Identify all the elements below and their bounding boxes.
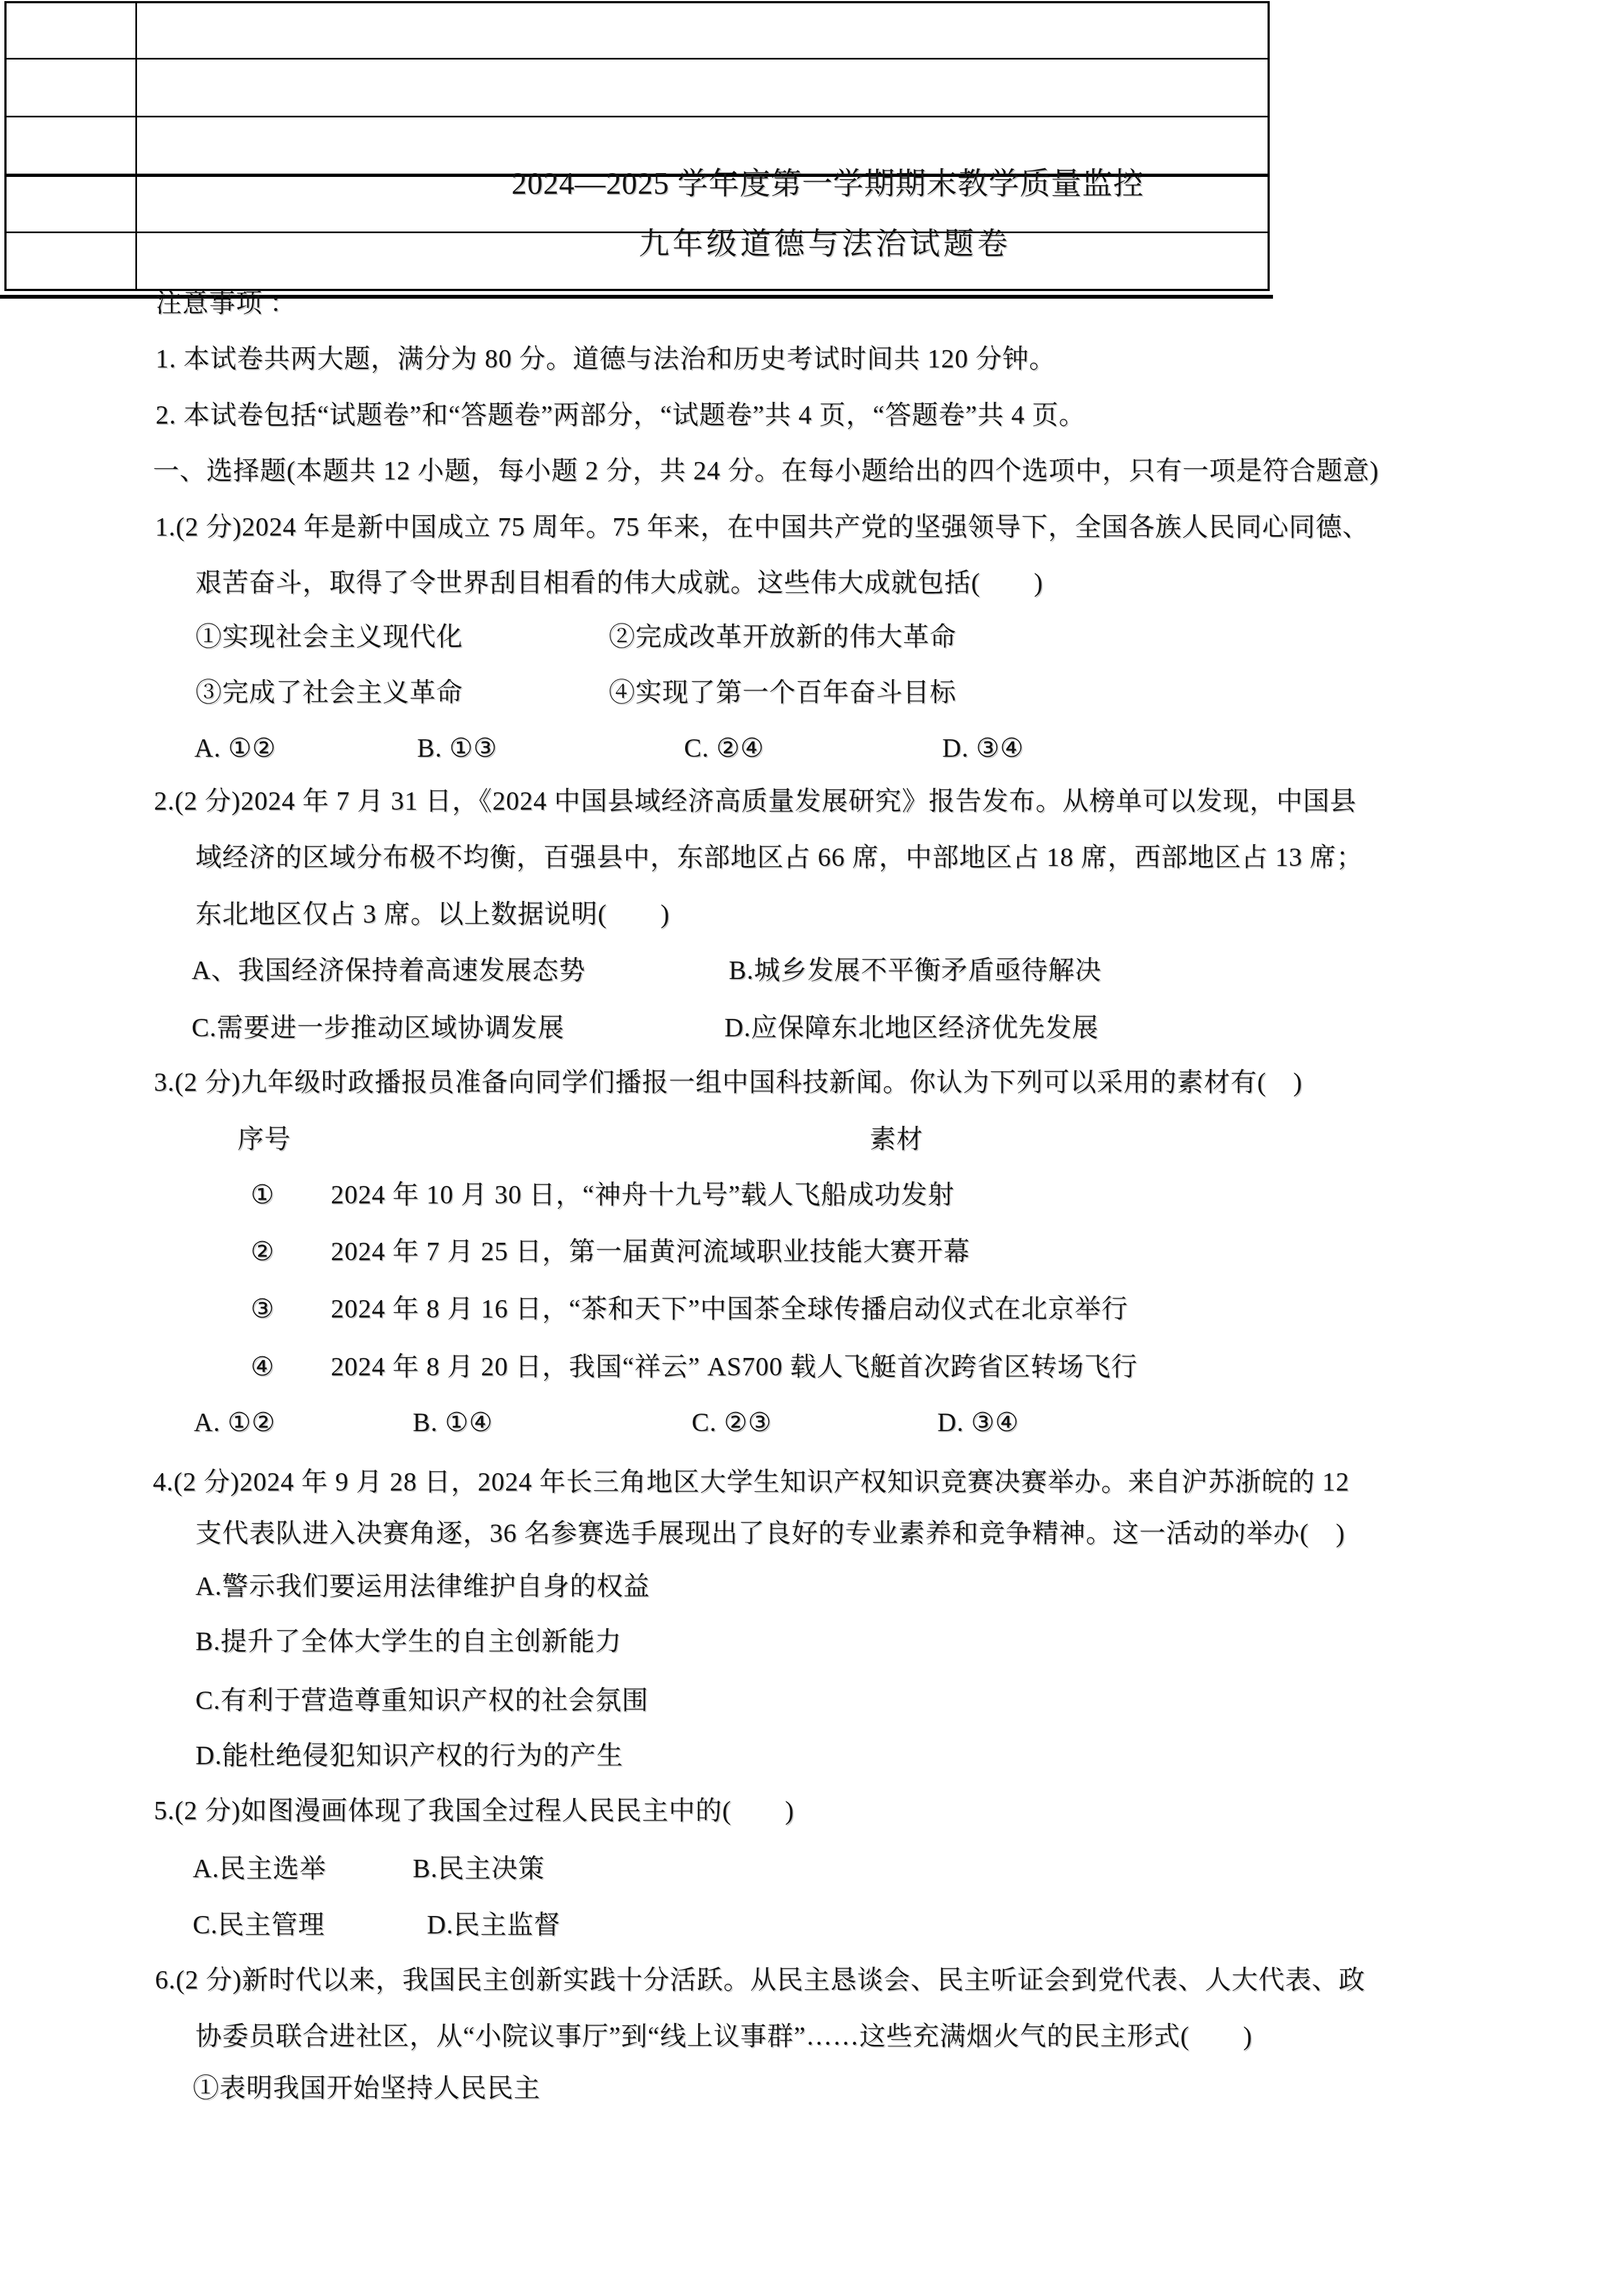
q6-statement-1: ①表明我国开始坚持人民民主 bbox=[193, 2073, 540, 2104]
header-table-row-line bbox=[7, 232, 1268, 233]
q1-choice-b: B. ①③ bbox=[417, 733, 497, 764]
q3-row1-no: ① bbox=[251, 1180, 275, 1211]
q2-choices-row-2: C.需要进一步推动区域协调发展 D.应保障东北地区经济优先发展 bbox=[0, 1013, 1624, 1047]
q3-choice-c: C. ②③ bbox=[692, 1408, 772, 1438]
q4-choice-a: A.警示我们要运用法律维护自身的权益 bbox=[195, 1571, 650, 1602]
q2-choices-row-1: A、我国经济保持着高速发展态势 B.城乡发展不平衡矛盾亟待解决 bbox=[0, 956, 1624, 989]
q3-col-material: 素材 bbox=[870, 1124, 923, 1155]
q3-table-header: 序号 素材 bbox=[0, 1124, 1624, 1158]
q5-choices-row-1: A.民主选举 B.民主决策 bbox=[0, 1854, 1624, 1888]
q1-stem-line-1: 1.(2 分)2024 年是新中国成立 75 周年。75 年来，在中国共产党的坚… bbox=[155, 512, 1369, 543]
q1-statements-row-1: ①实现社会主义现代化 ②完成改革开放新的伟大革命 bbox=[0, 622, 1624, 656]
q1-choice-a: A. ①② bbox=[194, 733, 276, 764]
q4-choice-c: C.有利于营造尊重知识产权的社会氛围 bbox=[195, 1686, 649, 1716]
header-table-column-line bbox=[135, 3, 137, 289]
q3-choice-a: A. ①② bbox=[194, 1408, 276, 1438]
q3-row4-text: 2024 年 8 月 20 日，我国“祥云” AS700 载人飞艇首次跨省区转场… bbox=[331, 1352, 1138, 1383]
notice-heading: 注意事项 ： bbox=[156, 288, 296, 319]
q2-choice-b: B.城乡发展不平衡矛盾亟待解决 bbox=[729, 956, 1102, 986]
q4-stem-line-2: 支代表队进入决赛角逐，36 名参赛选手展现出了良好的专业素养和竞争精神。这一活动… bbox=[195, 1518, 1345, 1549]
q1-statement-2: ②完成改革开放新的伟大革命 bbox=[609, 622, 956, 652]
q4-stem-line-1: 4.(2 分)2024 年 9 月 28 日，2024 年长三角地区大学生知识产… bbox=[153, 1467, 1349, 1498]
header-table-row-line bbox=[7, 58, 1268, 60]
q5-choice-c: C.民主管理 bbox=[193, 1910, 325, 1941]
q3-choices-row: A. ①② B. ①④ C. ②③ D. ③④ bbox=[0, 1408, 1624, 1441]
q1-choice-c: C. ②④ bbox=[684, 733, 764, 764]
header-table-row-line bbox=[7, 116, 1268, 117]
q5-choice-d: D.民主监督 bbox=[427, 1910, 561, 1941]
exam-page: 2024—2025 学年度第一学期期末教学质量监控 九年级道德与法治试题卷 注意… bbox=[0, 0, 1624, 2296]
q3-table-row: ④ 2024 年 8 月 20 日，我国“祥云” AS700 载人飞艇首次跨省区… bbox=[0, 1352, 1624, 1386]
q3-table-row: ③ 2024 年 8 月 16 日，“茶和天下”中国茶全球传播启动仪式在北京举行 bbox=[0, 1294, 1624, 1328]
q4-choice-b: B.提升了全体大学生的自主创新能力 bbox=[195, 1627, 622, 1657]
q1-statement-3: ③完成了社会主义革命 bbox=[195, 678, 463, 708]
q3-choice-d: D. ③④ bbox=[937, 1408, 1019, 1438]
section-heading: 一、选择题(本题共 12 小题，每小题 2 分，共 24 分。在每小题给出的四个… bbox=[153, 456, 1379, 487]
q3-row3-no: ③ bbox=[251, 1294, 275, 1325]
q3-stem: 3.(2 分)九年级时政播报员准备向同学们播报一组中国科技新闻。你认为下列可以采… bbox=[154, 1067, 1302, 1098]
notice-item-2: 2. 本试卷包括“试题卷”和“答题卷”两部分，“试题卷”共 4 页，“答题卷”共… bbox=[156, 400, 1085, 431]
q5-choices-row-2: C.民主管理 D.民主监督 bbox=[0, 1910, 1624, 1944]
q3-col-no: 序号 bbox=[237, 1124, 291, 1155]
header-table bbox=[4, 1, 1270, 291]
q3-choice-b: B. ①④ bbox=[413, 1408, 493, 1438]
q6-stem-line-1: 6.(2 分)新时代以来，我国民主创新实践十分活跃。从民主恳谈会、民主听证会到党… bbox=[155, 1965, 1365, 1996]
q3-row4-no: ④ bbox=[251, 1352, 275, 1383]
q3-table-row: ② 2024 年 7 月 25 日，第一届黄河流域职业技能大赛开幕 bbox=[0, 1237, 1624, 1271]
q2-stem-line-1: 2.(2 分)2024 年 7 月 31 日，《2024 中国县域经济高质量发展… bbox=[154, 786, 1357, 817]
exam-subtitle: 九年级道德与法治试题卷 bbox=[639, 219, 1011, 263]
q1-stem-line-2: 艰苦奋斗，取得了令世界刮目相看的伟大成就。这些伟大成就包括( ) bbox=[195, 568, 1043, 598]
q1-statements-row-2: ③完成了社会主义革命 ④实现了第一个百年奋斗目标 bbox=[0, 678, 1624, 711]
q2-choice-d: D.应保障东北地区经济优先发展 bbox=[724, 1013, 1099, 1043]
q4-choice-d: D.能杜绝侵犯知识产权的行为的产生 bbox=[195, 1741, 623, 1771]
q3-row2-no: ② bbox=[251, 1237, 275, 1267]
q2-stem-line-3: 东北地区仅占 3 席。以上数据说明( ) bbox=[195, 899, 670, 930]
q5-choice-b: B.民主决策 bbox=[413, 1854, 545, 1884]
q2-choice-a: A、我国经济保持着高速发展态势 bbox=[192, 956, 586, 986]
exam-title: 2024—2025 学年度第一学期期末教学质量监控 bbox=[511, 159, 1144, 203]
q1-choice-d: D. ③④ bbox=[942, 733, 1024, 764]
q1-choices-row: A. ①② B. ①③ C. ②④ D. ③④ bbox=[0, 733, 1624, 767]
q5-stem: 5.(2 分)如图漫画体现了我国全过程人民民主中的( ) bbox=[154, 1796, 794, 1826]
q5-choice-a: A.民主选举 bbox=[193, 1854, 326, 1884]
q3-row2-text: 2024 年 7 月 25 日，第一届黄河流域职业技能大赛开幕 bbox=[331, 1237, 970, 1267]
q1-statement-4: ④实现了第一个百年奋斗目标 bbox=[609, 678, 956, 708]
q3-row3-text: 2024 年 8 月 16 日，“茶和天下”中国茶全球传播启动仪式在北京举行 bbox=[331, 1294, 1128, 1325]
q6-stem-line-2: 协委员联合进社区，从“小院议事厅”到“线上议事群”……这些充满烟火气的民主形式(… bbox=[195, 2021, 1252, 2052]
notice-item-1: 1. 本试卷共两大题，满分为 80 分。道德与法治和历史考试时间共 120 分钟… bbox=[156, 344, 1056, 375]
q3-row1-text: 2024 年 10 月 30 日，“神舟十九号”载人飞船成功发射 bbox=[331, 1180, 955, 1211]
q2-choice-c: C.需要进一步推动区域协调发展 bbox=[192, 1013, 564, 1043]
q2-stem-line-2: 域经济的区域分布极不均衡，百强县中，东部地区占 66 席，中部地区占 18 席，… bbox=[195, 843, 1363, 873]
q3-table-row: ① 2024 年 10 月 30 日，“神舟十九号”载人飞船成功发射 bbox=[0, 1180, 1624, 1214]
q1-statement-1: ①实现社会主义现代化 bbox=[195, 622, 463, 652]
